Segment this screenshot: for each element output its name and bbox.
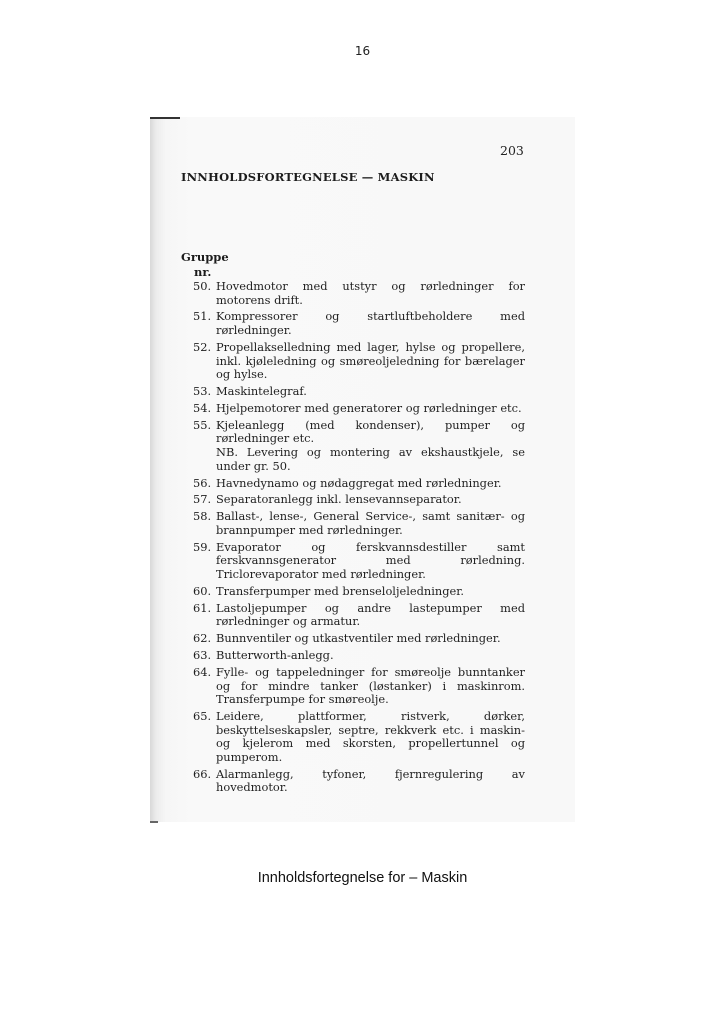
entry-number: 56. — [193, 477, 216, 491]
entry-text: Fylle- og tappeledninger for smøreolje b… — [216, 665, 525, 706]
entry-text: Havnedynamo og nødaggregat med rørlednin… — [216, 476, 502, 490]
entry-number: 53. — [193, 385, 216, 399]
entry-text: Bunnventiler og utkastventiler med rørle… — [216, 631, 501, 645]
scan-edge-mark — [150, 821, 158, 823]
entry-text: Separatoranlegg inkl. lensevannseparator… — [216, 492, 462, 506]
contents-entry: 52.Propellakselledning med lager, hylse … — [193, 341, 525, 382]
entry-text-block: Bunnventiler og utkastventiler med rørle… — [216, 632, 525, 646]
entry-text: Kompressorer og startluftbeholdere med r… — [216, 309, 525, 337]
entry-text: Butterworth-anlegg. — [216, 648, 334, 662]
entry-number: 51. — [193, 310, 216, 337]
entry-text-block: Propellakselledning med lager, hylse og … — [216, 341, 525, 382]
contents-entry: 62.Bunnventiler og utkastventiler med rø… — [193, 632, 525, 646]
group-column-label: Gruppe nr. — [181, 250, 229, 280]
entry-text-block: Ballast-, lense-, General Service-, samt… — [216, 510, 525, 537]
book-page-number: 203 — [500, 143, 524, 158]
entry-text-block: Leidere, plattformer, ristverk, dørker, … — [216, 710, 525, 764]
entry-text: Kjeleanlegg (med kondenser), pumper og r… — [216, 418, 525, 446]
entry-text: Propellakselledning med lager, hylse og … — [216, 340, 525, 381]
entry-text: Hjelpemotorer med generatorer og rørledn… — [216, 401, 522, 415]
entry-number: 54. — [193, 402, 216, 416]
section-heading: INNHOLDSFORTEGNELSE — MASKIN — [181, 170, 435, 184]
entry-number: 59. — [193, 541, 216, 582]
entry-text-block: Kompressorer og startluftbeholdere med r… — [216, 310, 525, 337]
entry-number: 55. — [193, 419, 216, 473]
entry-text: Evaporator og ferskvannsdestiller samt f… — [216, 540, 525, 581]
entry-number: 61. — [193, 602, 216, 629]
contents-entry: 60.Transferpumper med brenseloljeledning… — [193, 585, 525, 599]
entry-text-block: Hovedmotor med utstyr og rørledninger fo… — [216, 280, 525, 307]
entry-number: 57. — [193, 493, 216, 507]
entry-number: 50. — [193, 280, 216, 307]
contents-entry: 59.Evaporator og ferskvannsdestiller sam… — [193, 541, 525, 582]
entry-number: 64. — [193, 666, 216, 707]
entry-text-block: Maskintelegraf. — [216, 385, 525, 399]
contents-entry: 65.Leidere, plattformer, ristverk, dørke… — [193, 710, 525, 764]
contents-entry: 57.Separatoranlegg inkl. lensevannsepara… — [193, 493, 525, 507]
entry-note: NB. Levering og montering av ekshaustkje… — [216, 446, 525, 473]
entry-number: 63. — [193, 649, 216, 663]
contents-entry: 64.Fylle- og tappeledninger for smøreolj… — [193, 666, 525, 707]
scan-edge-mark — [150, 117, 180, 119]
contents-entry: 61.Lastoljepumper og andre lastepumper m… — [193, 602, 525, 629]
entry-text-block: Hjelpemotorer med generatorer og rørledn… — [216, 402, 525, 416]
contents-entry: 51.Kompressorer og startluftbeholdere me… — [193, 310, 525, 337]
entry-number: 58. — [193, 510, 216, 537]
contents-entry: 56.Havnedynamo og nødaggregat med rørled… — [193, 477, 525, 491]
entry-text-block: Havnedynamo og nødaggregat med rørlednin… — [216, 477, 525, 491]
entry-number: 62. — [193, 632, 216, 646]
entry-text: Maskintelegraf. — [216, 384, 307, 398]
contents-entry: 55.Kjeleanlegg (med kondenser), pumper o… — [193, 419, 525, 473]
entry-text: Alarmanlegg, tyfoner, fjernregulering av… — [216, 767, 525, 795]
entry-text: Transferpumper med brenseloljeledninger. — [216, 584, 464, 598]
entry-text-block: Butterworth-anlegg. — [216, 649, 525, 663]
entry-number: 52. — [193, 341, 216, 382]
group-label: Gruppe — [181, 250, 229, 265]
contents-entry: 50.Hovedmotor med utstyr og rørledninger… — [193, 280, 525, 307]
entry-number: 65. — [193, 710, 216, 764]
contents-entry: 53.Maskintelegraf. — [193, 385, 525, 399]
contents-entry: 58.Ballast-, lense-, General Service-, s… — [193, 510, 525, 537]
entry-text: Leidere, plattformer, ristverk, dørker, … — [216, 709, 525, 764]
entry-text: Ballast-, lense-, General Service-, samt… — [216, 509, 525, 537]
contents-entry: 54.Hjelpemotorer med generatorer og rørl… — [193, 402, 525, 416]
entry-text-block: Evaporator og ferskvannsdestiller samt f… — [216, 541, 525, 582]
figure-caption: Innholdsfortegnelse for – Maskin — [0, 870, 725, 886]
entry-text: Lastoljepumper og andre lastepumper med … — [216, 601, 525, 629]
entry-text-block: Kjeleanlegg (med kondenser), pumper og r… — [216, 419, 525, 473]
entry-text: Hovedmotor med utstyr og rørledninger fo… — [216, 279, 525, 307]
entry-text-block: Fylle- og tappeledninger for smøreolje b… — [216, 666, 525, 707]
group-number-label: nr. — [181, 265, 229, 280]
entry-number: 66. — [193, 768, 216, 795]
entry-text-block: Alarmanlegg, tyfoner, fjernregulering av… — [216, 768, 525, 795]
contents-entry: 66.Alarmanlegg, tyfoner, fjernregulering… — [193, 768, 525, 795]
entry-text-block: Transferpumper med brenseloljeledninger. — [216, 585, 525, 599]
entry-text-block: Separatoranlegg inkl. lensevannseparator… — [216, 493, 525, 507]
entry-text-block: Lastoljepumper og andre lastepumper med … — [216, 602, 525, 629]
document-page-number: 16 — [0, 44, 725, 58]
contents-list: 50.Hovedmotor med utstyr og rørledninger… — [193, 280, 525, 798]
contents-entry: 63.Butterworth-anlegg. — [193, 649, 525, 663]
entry-number: 60. — [193, 585, 216, 599]
